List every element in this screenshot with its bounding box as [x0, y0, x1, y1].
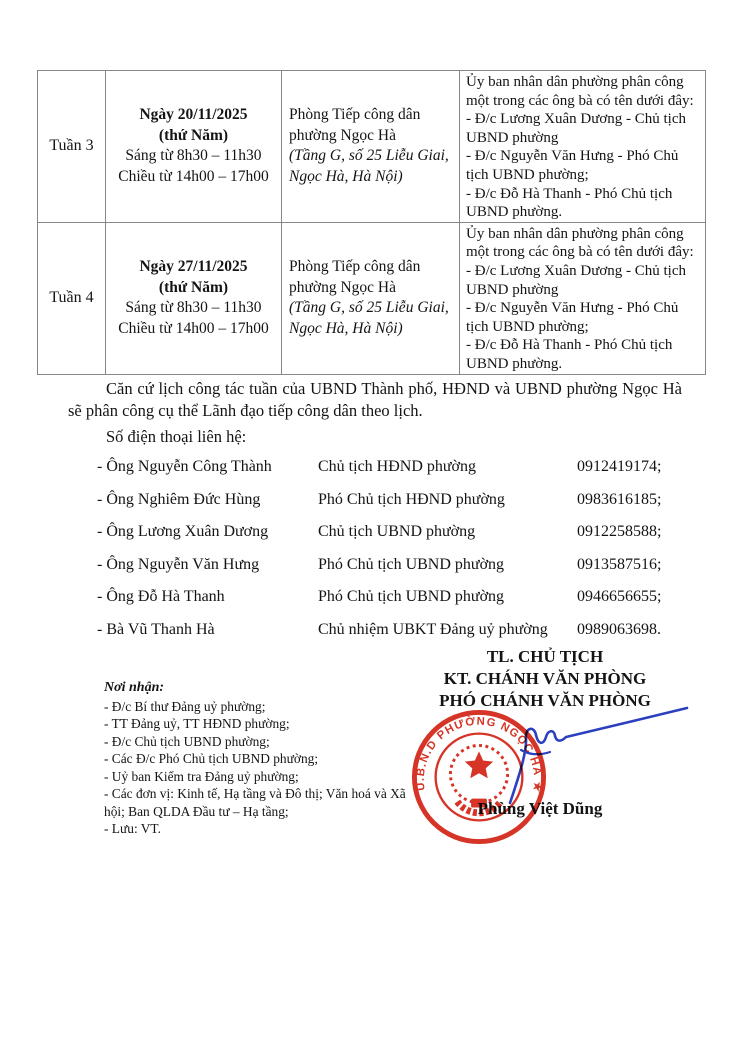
contact-list: - Ông Nguyễn Công Thành Chủ tịch HĐND ph… — [97, 458, 697, 654]
contact-row: - Ông Lương Xuân Dương Chủ tịch UBND phư… — [97, 523, 697, 541]
assignee: - Đ/c Lương Xuân Dương - Chủ tịch UBND p… — [466, 110, 700, 147]
day-line: (thứ Năm) — [107, 126, 280, 146]
date-line: Ngày 27/11/2025 — [107, 257, 280, 277]
contact-name: - Bà Vũ Thanh Hà — [97, 621, 318, 639]
contact-phone: 0946656655; — [577, 588, 697, 606]
date-time-cell: Ngày 27/11/2025 (thứ Năm) Sáng từ 8h30 –… — [106, 222, 282, 374]
recipient-item: - Các Đ/c Phó Chủ tịch UBND phường; — [104, 750, 414, 767]
table-row: Tuần 3 Ngày 20/11/2025 (thứ Năm) Sáng từ… — [38, 71, 706, 223]
contact-name: - Ông Nguyễn Công Thành — [97, 458, 318, 476]
contact-name: - Ông Nguyễn Văn Hưng — [97, 556, 318, 574]
assignment-intro: Ủy ban nhân dân phường phân công một tro… — [466, 73, 700, 110]
recipient-item: - Uỷ ban Kiểm tra Đảng uỷ phường; — [104, 768, 414, 785]
contact-row: - Bà Vũ Thanh Hà Chủ nhiệm UBKT Đảng uỷ … — [97, 621, 697, 639]
table-row: Tuần 4 Ngày 27/11/2025 (thứ Năm) Sáng từ… — [38, 222, 706, 374]
assignee: - Đ/c Nguyễn Văn Hưng - Phó Chủ tịch UBN… — [466, 299, 700, 336]
assignee: - Đ/c Đỗ Hà Thanh - Phó Chủ tịch UBND ph… — [466, 336, 700, 373]
contact-title: Chủ tịch HĐND phường — [318, 458, 577, 476]
recipient-item: - Lưu: VT. — [104, 820, 414, 837]
recipient-item: - Đ/c Bí thư Đảng uỷ phường; — [104, 698, 414, 715]
contact-row: - Ông Đỗ Hà Thanh Phó Chủ tịch UBND phườ… — [97, 588, 697, 606]
assignment-cell: Ủy ban nhân dân phường phân công một tro… — [460, 71, 706, 223]
day-line: (thứ Năm) — [107, 278, 280, 298]
main-paragraph: Căn cứ lịch công tác tuần của UBND Thành… — [68, 378, 682, 422]
recipient-item: - Đ/c Chủ tịch UBND phường; — [104, 733, 414, 750]
document-page: Tuần 3 Ngày 20/11/2025 (thứ Năm) Sáng từ… — [0, 0, 740, 1047]
morning-hours: Sáng từ 8h30 – 11h30 — [107, 146, 280, 166]
assignee: - Đ/c Đỗ Hà Thanh - Phó Chủ tịch UBND ph… — [466, 185, 700, 222]
contact-title: Chủ tịch UBND phường — [318, 523, 577, 541]
recipients-heading: Nơi nhận: — [104, 680, 414, 696]
contact-phone: 0913587516; — [577, 556, 697, 574]
recipient-item: - TT Đảng uỷ, TT HĐND phường; — [104, 715, 414, 732]
contact-name: - Ông Nghiêm Đức Hùng — [97, 491, 318, 509]
schedule-table: Tuần 3 Ngày 20/11/2025 (thứ Năm) Sáng từ… — [37, 70, 706, 375]
location-main: Phòng Tiếp công dân phường Ngọc Hà — [289, 105, 452, 146]
location-cell: Phòng Tiếp công dân phường Ngọc Hà (Tầng… — [282, 71, 460, 223]
contact-phone: 0912258588; — [577, 523, 697, 541]
location-detail: (Tầng G, số 25 Liễu Giai, Ngọc Hà, Hà Nộ… — [289, 146, 452, 187]
afternoon-hours: Chiều từ 14h00 – 17h00 — [107, 319, 280, 339]
contact-phone: 0989063698. — [577, 621, 697, 639]
week-label: Tuần 4 — [38, 222, 106, 374]
contact-title: Phó Chủ tịch HĐND phường — [318, 491, 577, 509]
contact-title: Phó Chủ tịch UBND phường — [318, 588, 577, 606]
contact-name: - Ông Lương Xuân Dương — [97, 523, 318, 541]
ink-signature-icon — [400, 688, 700, 823]
recipient-item: - Các đơn vị: Kinh tế, Hạ tầng và Đô thị… — [104, 785, 414, 820]
date-time-cell: Ngày 20/11/2025 (thứ Năm) Sáng từ 8h30 –… — [106, 71, 282, 223]
signature-line-2: KT. CHÁNH VĂN PHÒNG — [405, 668, 685, 690]
contact-title: Phó Chủ tịch UBND phường — [318, 556, 577, 574]
morning-hours: Sáng từ 8h30 – 11h30 — [107, 298, 280, 318]
contact-title: Chủ nhiệm UBKT Đảng uỷ phường — [318, 621, 577, 639]
assignee: - Đ/c Nguyễn Văn Hưng - Phó Chủ tịch UBN… — [466, 147, 700, 184]
location-main: Phòng Tiếp công dân phường Ngọc Hà — [289, 257, 452, 298]
assignment-intro: Ủy ban nhân dân phường phân công một tro… — [466, 225, 700, 262]
afternoon-hours: Chiều từ 14h00 – 17h00 — [107, 167, 280, 187]
contact-row: - Ông Nghiêm Đức Hùng Phó Chủ tịch HĐND … — [97, 491, 697, 509]
recipients-block: Nơi nhận: - Đ/c Bí thư Đảng uỷ phường; -… — [104, 680, 414, 837]
date-line: Ngày 20/11/2025 — [107, 105, 280, 125]
assignee: - Đ/c Lương Xuân Dương - Chủ tịch UBND p… — [466, 262, 700, 299]
week-label: Tuần 3 — [38, 71, 106, 223]
location-cell: Phòng Tiếp công dân phường Ngọc Hà (Tầng… — [282, 222, 460, 374]
signature-line-1: TL. CHỦ TỊCH — [405, 646, 685, 668]
contact-phone: 0983616185; — [577, 491, 697, 509]
phone-heading: Số điện thoại liên hệ: — [106, 427, 246, 447]
contact-name: - Ông Đỗ Hà Thanh — [97, 588, 318, 606]
location-detail: (Tầng G, số 25 Liễu Giai, Ngọc Hà, Hà Nộ… — [289, 298, 452, 339]
assignment-cell: Ủy ban nhân dân phường phân công một tro… — [460, 222, 706, 374]
contact-phone: 0912419174; — [577, 458, 697, 476]
contact-row: - Ông Nguyễn Công Thành Chủ tịch HĐND ph… — [97, 458, 697, 476]
contact-row: - Ông Nguyễn Văn Hưng Phó Chủ tịch UBND … — [97, 556, 697, 574]
